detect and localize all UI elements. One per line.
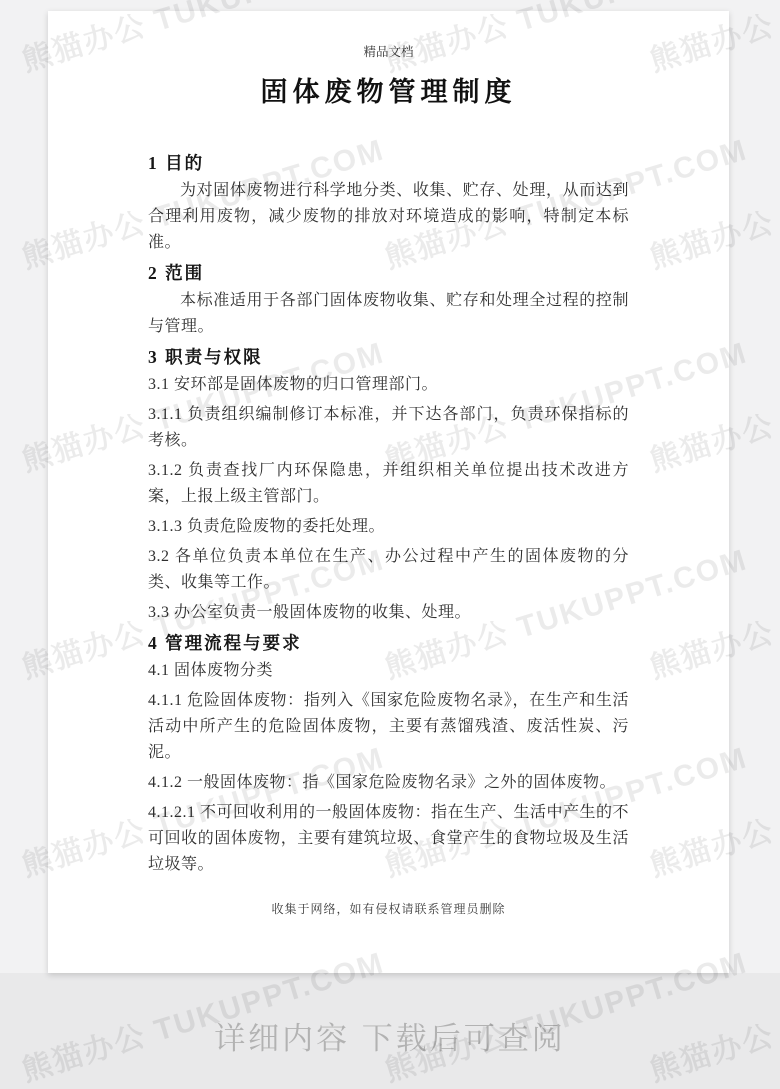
- section-heading: 2 范围: [148, 260, 629, 286]
- paragraph: 本标准适用于各部门固体废物收集、贮存和处理全过程的控制与管理。: [148, 288, 629, 340]
- paragraph: 3.1.2 负责查找厂内环保隐患，并组织相关单位提出技术改进方案，上报上级主管部…: [148, 458, 629, 510]
- doc-footer-note: 收集于网络，如有侵权请联系管理员删除: [48, 900, 729, 917]
- doc-header-note: 精品文档: [148, 44, 629, 60]
- doc-title: 固体废物管理制度: [148, 74, 629, 110]
- bottom-banner: 详细内容 下载后可查阅: [0, 973, 780, 1089]
- paragraph: 3.3 办公室负责一般固体废物的收集、处理。: [148, 600, 629, 626]
- section-heading: 3 职责与权限: [148, 344, 629, 370]
- paragraph: 4.1.2 一般固体废物：指《国家危险废物名录》之外的固体废物。: [148, 770, 629, 796]
- paragraph: 为对固体废物进行科学地分类、收集、贮存、处理，从而达到合理利用废物，减少废物的排…: [148, 178, 629, 256]
- banner-text: 详细内容 下载后可查阅: [0, 1013, 780, 1058]
- paragraph: 3.1 安环部是固体废物的归口管理部门。: [148, 372, 629, 398]
- doc-body: 1 目的为对固体废物进行科学地分类、收集、贮存、处理，从而达到合理利用废物，减少…: [148, 150, 629, 878]
- paragraph: 4.1 固体废物分类: [148, 658, 629, 684]
- paragraph: 3.1.1 负责组织编制修订本标准，并下达各部门，负责环保指标的考核。: [148, 402, 629, 454]
- section-heading: 1 目的: [148, 150, 629, 176]
- paragraph: 4.1.1 危险固体废物：指列入《国家危险废物名录》，在生产和生活活动中所产生的…: [148, 688, 629, 766]
- document-page: 精品文档 固体废物管理制度 1 目的为对固体废物进行科学地分类、收集、贮存、处理…: [48, 11, 729, 973]
- paragraph: 3.1.3 负责危险废物的委托处理。: [148, 514, 629, 540]
- section-heading: 4 管理流程与要求: [148, 630, 629, 656]
- paragraph: 3.2 各单位负责本单位在生产、办公过程中产生的固体废物的分类、收集等工作。: [148, 544, 629, 596]
- paragraph: 4.1.2.1 不可回收利用的一般固体废物：指在生产、生活中产生的不可回收的固体…: [148, 800, 629, 878]
